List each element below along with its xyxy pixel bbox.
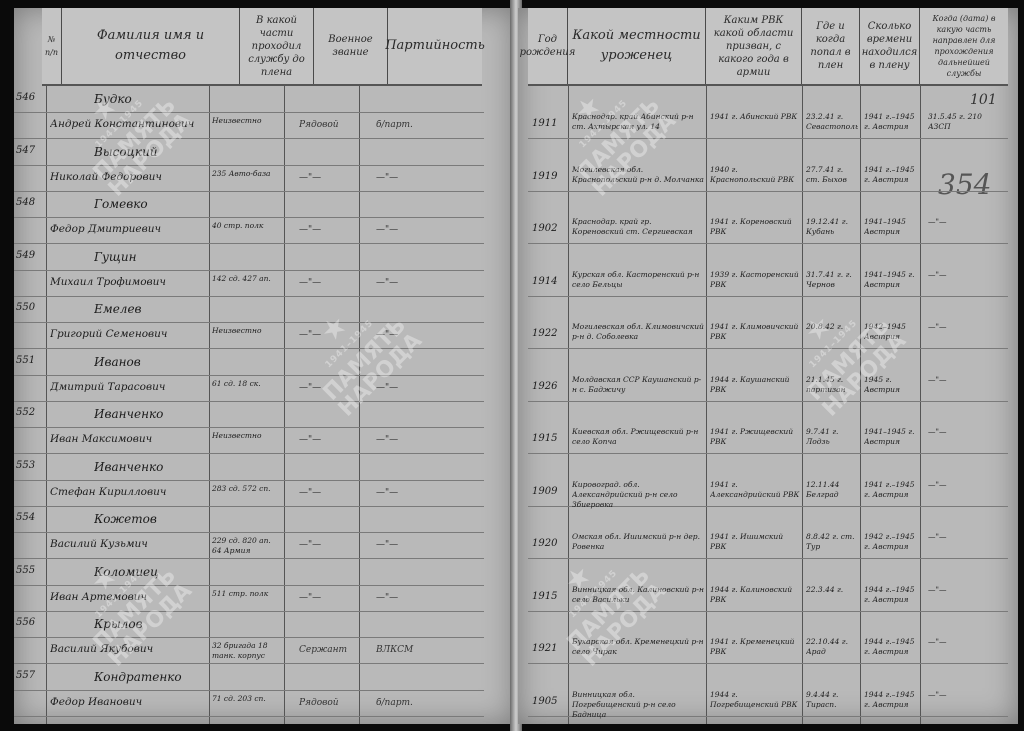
record-number: 547	[16, 145, 44, 156]
record-surname: Коломиец	[94, 565, 206, 579]
record-number: 555	[16, 565, 44, 576]
column-divider	[568, 84, 569, 724]
record-number: 556	[16, 617, 44, 628]
record-rank: Рядовой	[299, 120, 357, 130]
record-rank: —"—	[299, 225, 357, 235]
record-duration: 1944 г.–1945 г. Австрия	[864, 637, 918, 657]
record-unit: Неизвестно	[212, 116, 282, 126]
record-surname: Гомевко	[94, 197, 206, 211]
record-party: —"—	[376, 488, 456, 498]
right-page: Год рождения Какой местности уроженец Ка…	[518, 8, 1018, 724]
row-line	[14, 270, 484, 271]
right-page-header: Год рождения Какой местности уроженец Ка…	[528, 8, 1008, 86]
row-line	[14, 348, 484, 349]
record-duration: 1942 г.–1945 г. Австрия	[864, 532, 918, 552]
column-divider	[802, 84, 803, 724]
row-line	[14, 690, 484, 691]
record-sent-to: 31.5.45 г. 210 АЗСП	[928, 112, 1004, 132]
header-origin: Какой местности уроженец	[568, 8, 706, 84]
row-line	[14, 427, 484, 428]
header-duration: Сколько времени находился в плену	[860, 8, 920, 84]
record-given-names: Андрей Константинович	[50, 118, 208, 130]
record-given-names: Василий Кузьмич	[50, 538, 208, 550]
row-line	[14, 663, 484, 664]
record-birth-year: 1914	[532, 276, 566, 287]
record-party: б/парт.	[376, 120, 456, 130]
record-party: —"—	[376, 383, 456, 393]
record-origin: Краснодар. край Абинский р-н ст. Ахтырск…	[572, 112, 704, 132]
record-rvk: 1944 г. Погребищенский РВК	[710, 690, 800, 710]
record-given-names: Михаил Трофимович	[50, 276, 208, 288]
record-rank: —"—	[299, 330, 357, 340]
record-party: —"—	[376, 330, 456, 340]
record-given-names: Николай Федорович	[50, 171, 208, 183]
record-rank: Рядовой	[299, 698, 357, 708]
record-rank: Сержант	[299, 645, 357, 655]
header-rank: Военное звание	[314, 8, 388, 84]
record-number: 550	[16, 302, 44, 313]
record-birth-year: 1911	[532, 118, 566, 129]
record-number: 546	[16, 92, 44, 103]
row-line	[14, 716, 484, 717]
record-sent-to: —"—	[928, 427, 1004, 437]
record-surname: Иванов	[94, 355, 206, 369]
record-surname: Иванченко	[94, 460, 206, 474]
record-unit: 142 сд. 427 ап.	[212, 274, 282, 284]
row-line	[528, 191, 1008, 192]
header-sent: Когда (дата) в какую часть направлен для…	[920, 8, 1008, 84]
record-given-names: Василий Якубович	[50, 643, 208, 655]
row-line	[528, 558, 1008, 559]
document-scan: № п/п Фамилия имя и отчество В какой час…	[0, 0, 1024, 731]
row-line	[14, 138, 484, 139]
header-name: Фамилия имя и отчество	[62, 8, 240, 84]
row-line	[14, 480, 484, 481]
record-sent-to: —"—	[928, 690, 1004, 700]
record-captured: 19.12.41 г. Кубань	[806, 217, 858, 237]
record-captured: 9.4.44 г. Тирасп.	[806, 690, 858, 710]
record-sent-to: —"—	[928, 322, 1004, 332]
record-origin: Омская обл. Ишимский р-н дер. Ровенка	[572, 532, 704, 552]
page-number: 101	[970, 92, 997, 108]
record-unit: Неизвестно	[212, 326, 282, 336]
row-line	[14, 217, 484, 218]
row-line	[14, 112, 484, 113]
record-captured: 22.3.44 г.	[806, 585, 858, 595]
record-duration: 1941–1945 г. Австрия	[864, 270, 918, 290]
record-unit: 511 стр. полк	[212, 589, 282, 599]
record-number: 549	[16, 250, 44, 261]
record-number: 551	[16, 355, 44, 366]
record-origin: Винницкая обл. Погребищенский р-н село Б…	[572, 690, 704, 720]
record-duration: 1941 г.–1945 г. Австрия	[864, 480, 918, 500]
record-unit: 283 сд. 572 сп.	[212, 484, 282, 494]
record-rank: —"—	[299, 435, 357, 445]
row-line	[14, 611, 484, 612]
record-duration: 1942–1945 Австрия	[864, 322, 918, 342]
row-line	[528, 243, 1008, 244]
record-birth-year: 1920	[532, 538, 566, 549]
record-rank: —"—	[299, 383, 357, 393]
record-origin: Курская обл. Касторенский р-н село Бельц…	[572, 270, 704, 290]
record-surname: Высоцкий	[94, 145, 206, 159]
record-given-names: Григорий Семенович	[50, 328, 208, 340]
header-rvk: Каким РВК какой области призван, с каког…	[706, 8, 802, 84]
record-unit: 229 сд. 820 ап. 64 Армия	[212, 536, 282, 556]
record-birth-year: 1922	[532, 328, 566, 339]
record-rvk: 1941 г. Александрийский РВК	[710, 480, 800, 500]
column-divider	[860, 84, 861, 724]
record-party: —"—	[376, 173, 456, 183]
record-given-names: Иван Максимович	[50, 433, 208, 445]
row-line	[14, 401, 484, 402]
left-page-header: № п/п Фамилия имя и отчество В какой час…	[42, 8, 482, 86]
record-rank: —"—	[299, 488, 357, 498]
record-origin: Молдавская ССР Каушанский р-н с. Баджичу	[572, 375, 704, 395]
row-line	[528, 663, 1008, 664]
row-line	[14, 322, 484, 323]
record-sent-to: —"—	[928, 270, 1004, 280]
row-line	[528, 138, 1008, 139]
record-sent-to: —"—	[928, 217, 1004, 227]
record-rvk: 1939 г. Касторенский РВК	[710, 270, 800, 290]
record-origin: Краснодар. край гр. Кореновский ст. Серг…	[572, 217, 704, 237]
left-page: № п/п Фамилия имя и отчество В какой час…	[14, 8, 514, 724]
record-unit: 61 сд. 18 ск.	[212, 379, 282, 389]
record-duration: 1941 г.–1945 г. Австрия	[864, 165, 918, 185]
record-unit: Неизвестно	[212, 431, 282, 441]
record-duration: 1945 г. Австрия	[864, 375, 918, 395]
record-rvk: 1941 г. Ишимский РВК	[710, 532, 800, 552]
row-line	[14, 585, 484, 586]
record-duration: 1944 г.–1945 г. Австрия	[864, 585, 918, 605]
record-party: —"—	[376, 540, 456, 550]
column-divider	[209, 84, 210, 724]
record-number: 552	[16, 407, 44, 418]
record-birth-year: 1919	[532, 171, 566, 182]
record-unit: 71 сд. 203 сп.	[212, 694, 282, 704]
record-unit: 235 Авто-база	[212, 169, 282, 179]
record-origin: Могилевская обл. Краснопольский р-н д. М…	[572, 165, 704, 185]
record-number: 557	[16, 670, 44, 681]
record-rvk: 1941 г. Ржищевский РВК	[710, 427, 800, 447]
record-captured: 22.10.44 г. Арад	[806, 637, 858, 657]
header-unit: В какой части проходил службу до плена	[240, 8, 314, 84]
record-captured: 27.7.41 г. ст. Быхов	[806, 165, 858, 185]
record-sent-to: —"—	[928, 480, 1004, 490]
record-captured: 23.2.41 г. Севастополь	[806, 112, 858, 132]
record-party: ВЛКСМ	[376, 645, 456, 655]
record-captured: 9.7.41 г. Лодзь	[806, 427, 858, 447]
record-origin: Кировоград. обл. Александрийский р-н сел…	[572, 480, 704, 510]
row-line	[14, 637, 484, 638]
row-line	[14, 506, 484, 507]
row-line	[14, 453, 484, 454]
record-number: 554	[16, 512, 44, 523]
record-captured: 21.1.45 г. партизан	[806, 375, 858, 395]
column-divider	[284, 84, 285, 724]
record-birth-year: 1915	[532, 433, 566, 444]
record-sent-to: —"—	[928, 375, 1004, 385]
record-birth-year: 1915	[532, 591, 566, 602]
header-party: Партийность	[388, 8, 482, 84]
record-given-names: Иван Артемович	[50, 591, 208, 603]
record-birth-year: 1902	[532, 223, 566, 234]
record-birth-year: 1905	[532, 696, 566, 707]
record-given-names: Дмитрий Тарасович	[50, 381, 208, 393]
row-line	[528, 348, 1008, 349]
record-surname: Кожетов	[94, 512, 206, 526]
record-origin: Киевская обл. Ржищевский р-н село Копча	[572, 427, 704, 447]
record-duration: 1941–1945 Австрия	[864, 217, 918, 237]
record-rank: —"—	[299, 540, 357, 550]
record-surname: Гущин	[94, 250, 206, 264]
row-line	[14, 532, 484, 533]
record-rank: —"—	[299, 278, 357, 288]
row-line	[528, 296, 1008, 297]
record-duration: 1944 г.–1945 г. Австрия	[864, 690, 918, 710]
record-rvk: 1941 г. Кореновский РВК	[710, 217, 800, 237]
record-birth-year: 1909	[532, 486, 566, 497]
record-rvk: 1944 г. Калиновский РВК	[710, 585, 800, 605]
row-line	[528, 453, 1008, 454]
row-line	[14, 296, 484, 297]
row-line	[528, 611, 1008, 612]
column-divider	[359, 84, 360, 724]
record-rvk: 1941 г. Кременецкий РВК	[710, 637, 800, 657]
record-surname: Иванченко	[94, 407, 206, 421]
header-number: № п/п	[42, 8, 62, 84]
record-origin: Винницкая обл. Калиновский р-н село Васи…	[572, 585, 704, 605]
record-given-names: Федор Дмитриевич	[50, 223, 208, 235]
record-origin: Бухарская обл. Кременецкий р-н село Чира…	[572, 637, 704, 657]
row-line	[14, 243, 484, 244]
record-rank: —"—	[299, 593, 357, 603]
record-given-names: Федор Иванович	[50, 696, 208, 708]
record-surname: Крылов	[94, 617, 206, 631]
record-rvk: 1941 г. Абинский РВК	[710, 112, 800, 122]
record-party: б/парт.	[376, 698, 456, 708]
record-party: —"—	[376, 435, 456, 445]
record-origin: Могилевская обл. Климовичский р-н д. Соб…	[572, 322, 704, 342]
row-line	[14, 191, 484, 192]
record-captured: 31.7.41 г. г. Чернов	[806, 270, 858, 290]
row-line	[14, 558, 484, 559]
record-given-names: Стефан Кириллович	[50, 486, 208, 498]
row-line	[528, 401, 1008, 402]
record-duration: 1941–1945 г. Австрия	[864, 427, 918, 447]
record-rvk: 1944 г. Каушанский РВК	[710, 375, 800, 395]
record-surname: Кондратенко	[94, 670, 206, 684]
record-surname: Емелев	[94, 302, 206, 316]
record-unit: 40 стр. полк	[212, 221, 282, 231]
column-divider	[46, 84, 47, 724]
record-captured: 12.11.44 Белград	[806, 480, 858, 500]
record-party: —"—	[376, 278, 456, 288]
record-party: —"—	[376, 593, 456, 603]
column-divider	[706, 84, 707, 724]
record-rank: —"—	[299, 173, 357, 183]
record-number: 548	[16, 197, 44, 208]
record-sent-to: —"—	[928, 532, 1004, 542]
record-duration: 1941 г.–1945 г. Австрия	[864, 112, 918, 132]
header-birth-year: Год рождения	[528, 8, 568, 84]
record-unit: 32 бригада 18 танк. корпус	[212, 641, 282, 661]
record-rvk: 1941 г. Климовичский РВК	[710, 322, 800, 342]
row-line	[14, 165, 484, 166]
record-birth-year: 1921	[532, 643, 566, 654]
record-sent-to: —"—	[928, 637, 1004, 647]
record-captured: 8.8.42 г. ст. Тур	[806, 532, 858, 552]
record-sent-to: —"—	[928, 585, 1004, 595]
record-rvk: 1940 г. Краснопольский РВК	[710, 165, 800, 185]
record-number: 553	[16, 460, 44, 471]
record-birth-year: 1926	[532, 381, 566, 392]
row-line	[14, 375, 484, 376]
margin-note: 354	[938, 168, 991, 201]
record-party: —"—	[376, 225, 456, 235]
header-captured: Где и когда попал в плен	[802, 8, 860, 84]
column-divider	[920, 84, 921, 724]
record-surname: Будко	[94, 92, 206, 106]
record-captured: 20.8.42 г.	[806, 322, 858, 332]
